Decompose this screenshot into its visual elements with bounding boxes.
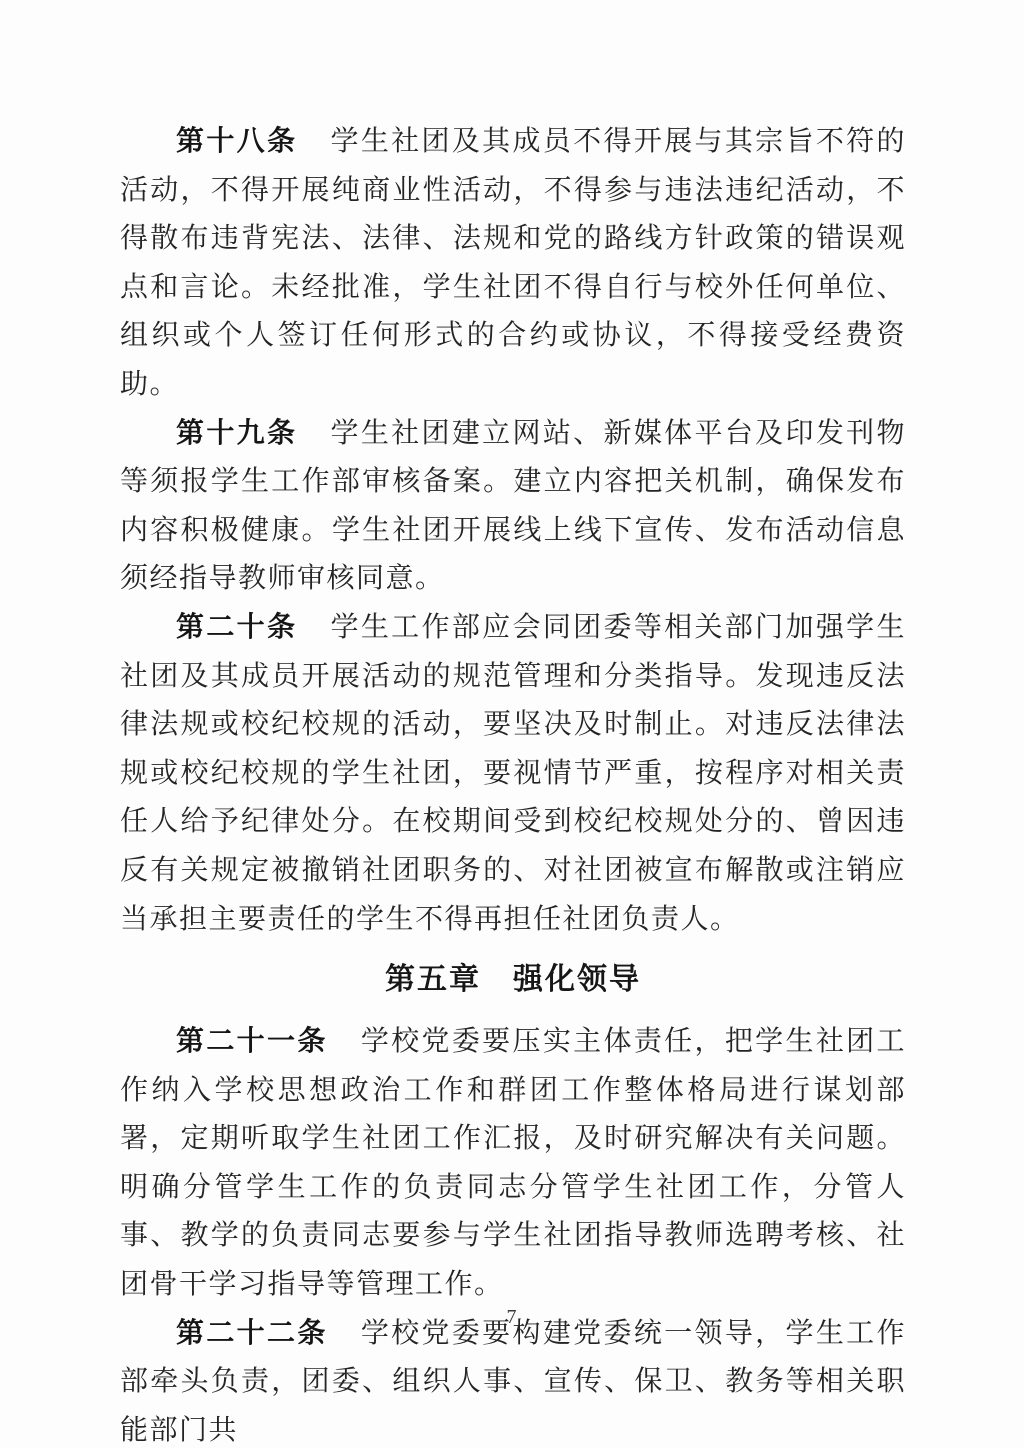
page-number: 7 bbox=[0, 1306, 1024, 1329]
article-20-number: 第二十条 bbox=[176, 612, 297, 643]
paragraph-article-18: 第十八条 学生社团及其成员不得开展与其宗旨不符的活动，不得开展纯商业性活动，不得… bbox=[120, 118, 906, 410]
article-18-text: 学生社团及其成员不得开展与其宗旨不符的活动，不得开展纯商业性活动，不得参与违法违… bbox=[120, 126, 906, 400]
article-21-text: 学校党委要压实主体责任，把学生社团工作纳入学校思想政治工作和群团工作整体格局进行… bbox=[120, 1026, 906, 1300]
paragraph-article-20: 第二十条 学生工作部应会同团委等相关部门加强学生社团及其成员开展活动的规范管理和… bbox=[120, 604, 906, 944]
article-20-text: 学生工作部应会同团委等相关部门加强学生社团及其成员开展活动的规范管理和分类指导。… bbox=[120, 612, 906, 935]
document-page: 第十八条 学生社团及其成员不得开展与其宗旨不符的活动，不得开展纯商业性活动，不得… bbox=[0, 0, 1024, 1448]
document-content: 第十八条 学生社团及其成员不得开展与其宗旨不符的活动，不得开展纯商业性活动，不得… bbox=[120, 118, 906, 1448]
article-21-number: 第二十一条 bbox=[176, 1026, 328, 1057]
paragraph-article-22: 第二十二条 学校党委要构建党委统一领导，学生工作部牵头负责，团委、组织人事、宣传… bbox=[120, 1310, 906, 1448]
article-19-number: 第十九条 bbox=[176, 418, 297, 449]
chapter-heading: 第五章 强化领导 bbox=[120, 960, 906, 1000]
paragraph-article-19: 第十九条 学生社团建立网站、新媒体平台及印发刊物等须报学生工作部审核备案。建立内… bbox=[120, 410, 906, 604]
paragraph-article-21: 第二十一条 学校党委要压实主体责任，把学生社团工作纳入学校思想政治工作和群团工作… bbox=[120, 1018, 906, 1310]
article-18-number: 第十八条 bbox=[176, 126, 297, 157]
